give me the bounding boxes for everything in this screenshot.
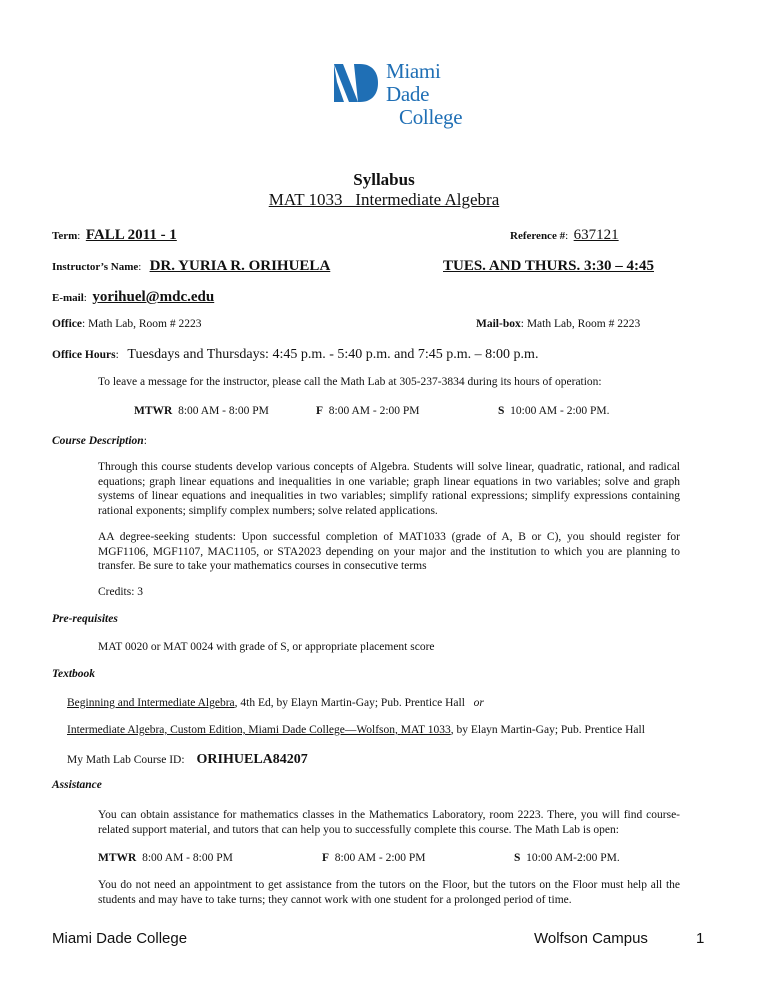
page-number: 1	[696, 930, 704, 947]
course-description-paragraph-2: AA degree-seeking students: Upon success…	[98, 530, 680, 574]
message-note: To leave a message for the instructor, p…	[98, 376, 602, 388]
assistance-paragraph-1: You can obtain assistance for mathematic…	[98, 808, 680, 837]
email-link[interactable]: yorihuel@mdc.edu	[92, 289, 214, 305]
reference-row: Reference #: 637121	[510, 226, 619, 244]
textbook-1-details: , 4th Ed, by Elayn Martin-Gay; Pub. Pren…	[235, 697, 465, 709]
footer-campus: Wolfson Campus	[534, 930, 648, 947]
assistance-paragraph-2: You do not need an appointment to get as…	[98, 878, 680, 907]
prerequisites-heading: Pre-requisites	[52, 613, 118, 625]
office-value: Math Lab, Room # 2223	[88, 318, 201, 330]
mymathlab-row: My Math Lab Course ID: ORIHUELA84207	[67, 750, 308, 768]
textbook-2-title: Intermediate Algebra, Custom Edition, Mi…	[67, 724, 451, 736]
instructor-label: Instructor’s Name	[52, 261, 138, 273]
logo-wordmark: Miami Dade College	[386, 60, 474, 129]
reference-value: 637121	[574, 227, 619, 243]
page-title: Syllabus	[0, 170, 768, 190]
term-label: Term	[52, 230, 77, 242]
email-row: E-mail: yorihuel@mdc.edu	[52, 288, 214, 306]
class-schedule-text: TUES. AND THURS. 3:30 – 4:45	[443, 258, 654, 274]
textbook-2: Intermediate Algebra, Custom Edition, Mi…	[67, 724, 645, 736]
assist-hours-mtwr: MTWR 8:00 AM - 8:00 PM	[98, 852, 233, 864]
course-description-paragraph-1: Through this course students develop var…	[98, 460, 680, 518]
lab-time: 8:00 AM - 2:00 PM	[329, 405, 420, 417]
office-hours-value: Tuesdays and Thursdays: 4:45 p.m. - 5:40…	[127, 347, 538, 362]
lab-hours-mtwr: MTWR 8:00 AM - 8:00 PM	[134, 405, 269, 417]
mailbox-label: Mail-box	[476, 318, 521, 330]
logo-line-1: Miami Dade	[386, 60, 474, 106]
mailbox-value: Math Lab, Room # 2223	[527, 318, 640, 330]
term-row: Term: FALL 2011 - 1	[52, 226, 177, 244]
college-logo: Miami Dade College	[334, 58, 474, 114]
mymathlab-label: My Math Lab Course ID:	[67, 754, 185, 766]
office-row: Office: Math Lab, Room # 2223	[52, 318, 202, 330]
office-hours-label: Office Hours	[52, 349, 116, 361]
reference-label: Reference #	[510, 230, 565, 242]
term-value: FALL 2011 - 1	[86, 227, 177, 243]
instructor-row: Instructor’s Name: DR. YURIA R. ORIHUELA	[52, 257, 330, 275]
lab-days: MTWR	[134, 405, 172, 417]
office-hours-row: Office Hours: Tuesdays and Thursdays: 4:…	[52, 345, 538, 363]
lab-days: MTWR	[98, 852, 136, 864]
textbook-or: or	[474, 697, 484, 709]
md-logo-mark-icon	[334, 62, 378, 106]
footer-college: Miami Dade College	[52, 930, 187, 947]
textbook-1: Beginning and Intermediate Algebra, 4th …	[67, 697, 484, 709]
course-description-heading: Course Description:	[52, 431, 147, 449]
prerequisites-text: MAT 0020 or MAT 0024 with grade of S, or…	[98, 641, 435, 653]
lab-time: 10:00 AM - 2:00 PM.	[510, 405, 609, 417]
lab-hours-s: S 10:00 AM - 2:00 PM.	[498, 405, 610, 417]
textbook-1-title: Beginning and Intermediate Algebra	[67, 697, 235, 709]
course-title-text: MAT 1033 Intermediate Algebra	[269, 190, 500, 209]
textbook-heading: Textbook	[52, 668, 95, 680]
email-label: E-mail	[52, 292, 84, 304]
logo-line-2: College	[386, 106, 474, 129]
textbook-2-details: , by Elayn Martin-Gay; Pub. Prentice Hal…	[451, 724, 645, 736]
assist-hours-f: F 8:00 AM - 2:00 PM	[322, 852, 426, 864]
office-label: Office	[52, 318, 82, 330]
lab-time: 10:00 AM-2:00 PM.	[526, 852, 620, 864]
lab-days: S	[514, 852, 520, 864]
lab-time: 8:00 AM - 8:00 PM	[142, 852, 233, 864]
lab-days: S	[498, 405, 504, 417]
lab-hours-f: F 8:00 AM - 2:00 PM	[316, 405, 420, 417]
lab-days: F	[316, 405, 323, 417]
instructor-value: DR. YURIA R. ORIHUELA	[150, 258, 331, 274]
class-schedule: TUES. AND THURS. 3:30 – 4:45	[443, 257, 654, 275]
mymathlab-course-id: ORIHUELA84207	[197, 752, 308, 767]
mailbox-row: Mail-box: Math Lab, Room # 2223	[476, 318, 640, 330]
assist-hours-s: S 10:00 AM-2:00 PM.	[514, 852, 620, 864]
credits: Credits: 3	[98, 586, 143, 598]
lab-days: F	[322, 852, 329, 864]
assistance-heading: Assistance	[52, 779, 102, 791]
lab-time: 8:00 AM - 8:00 PM	[178, 405, 269, 417]
course-title: MAT 1033 Intermediate Algebra	[0, 190, 768, 210]
lab-time: 8:00 AM - 2:00 PM	[335, 852, 426, 864]
heading-text: Course Description	[52, 435, 144, 447]
